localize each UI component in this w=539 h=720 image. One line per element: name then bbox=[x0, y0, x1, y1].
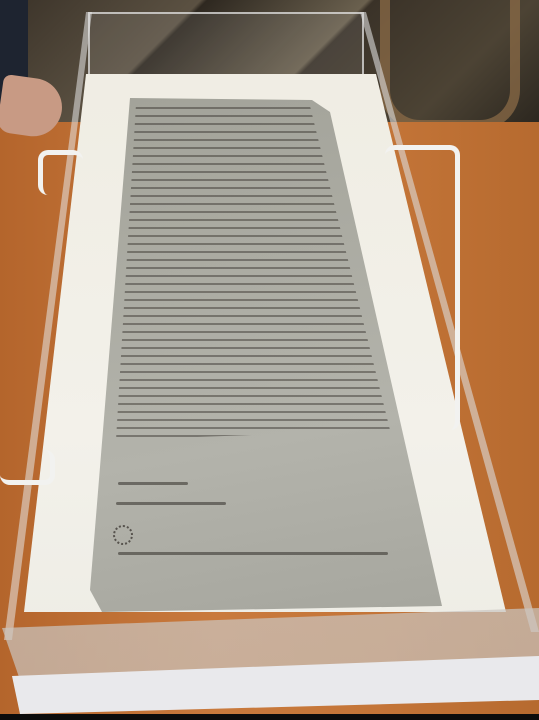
manuscript-signature-line bbox=[116, 502, 226, 505]
ribbon-left bbox=[38, 150, 83, 195]
manuscript-signature-line bbox=[118, 482, 188, 485]
ribbon-right bbox=[385, 145, 460, 430]
rosette-mark-icon bbox=[113, 525, 133, 545]
manuscript-signature-line bbox=[118, 552, 388, 555]
display-case bbox=[0, 0, 539, 720]
case-back-glass bbox=[88, 12, 364, 79]
photo-scene bbox=[0, 0, 539, 720]
bottom-border bbox=[0, 714, 539, 720]
ribbon-left-lower bbox=[0, 450, 55, 485]
